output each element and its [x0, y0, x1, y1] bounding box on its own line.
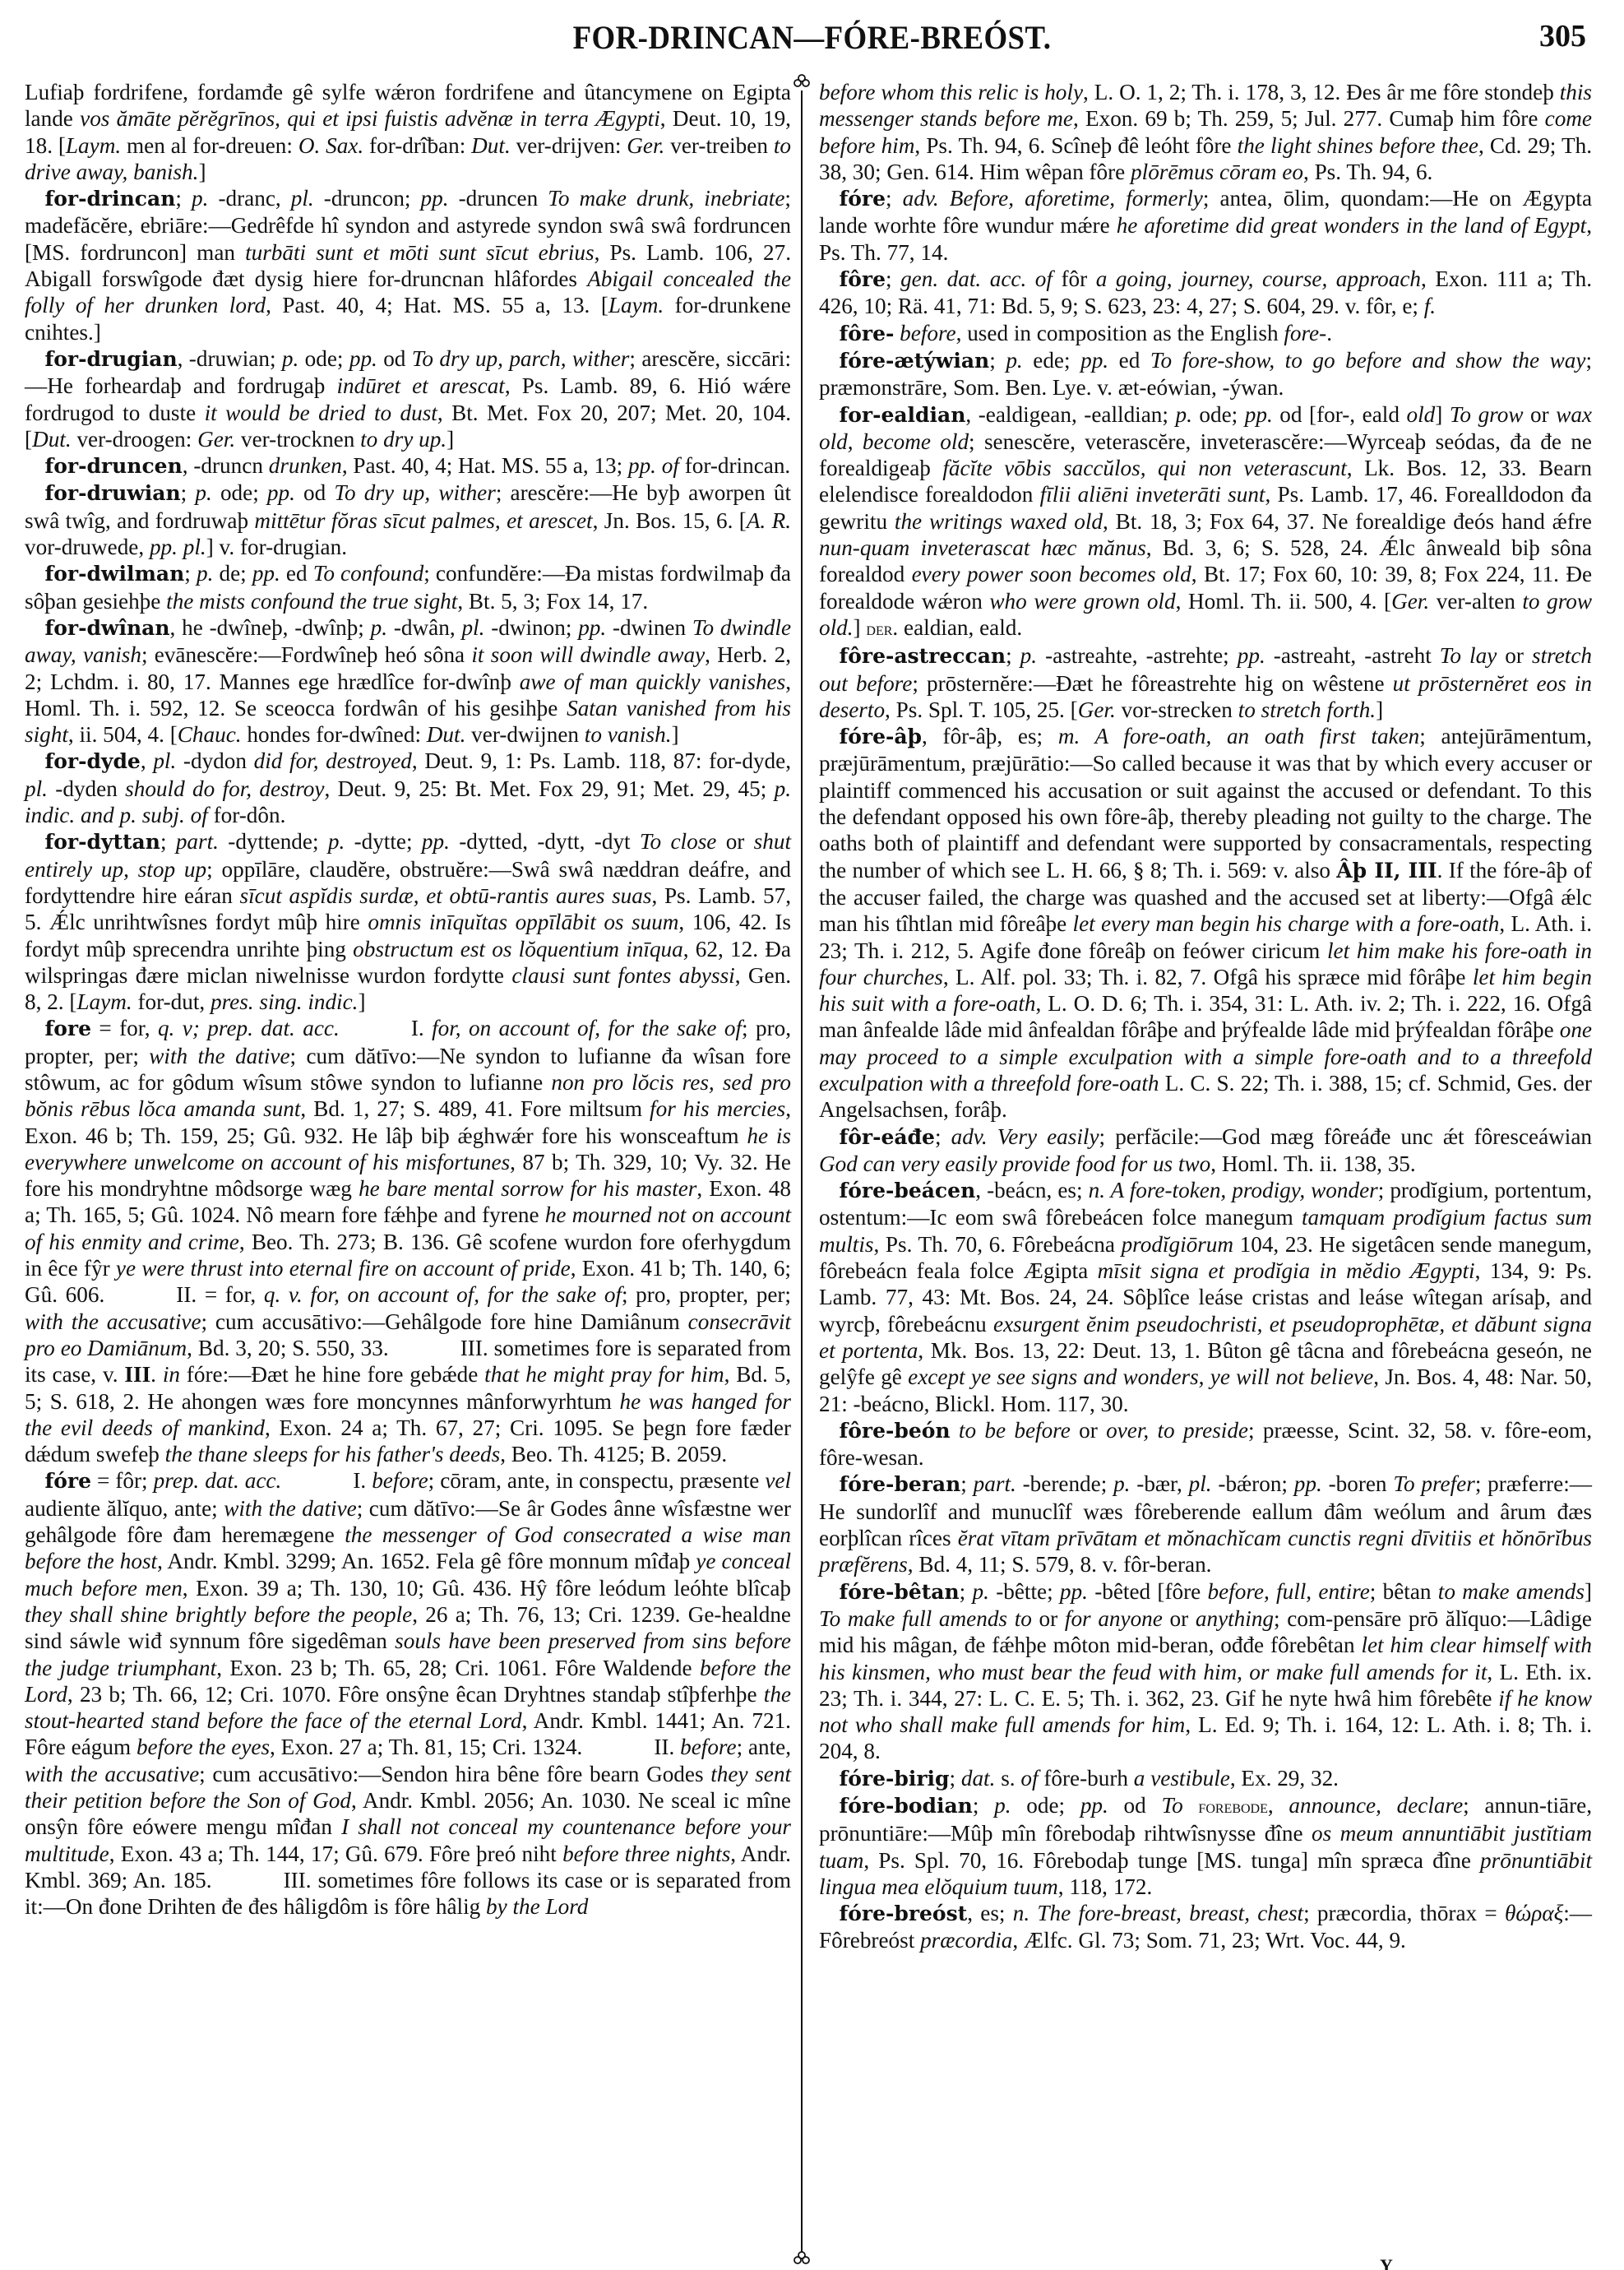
- italic-gloss: pp.: [422, 829, 450, 854]
- italic-gloss: To close: [640, 829, 716, 854]
- dictionary-entry: for-dyttan; part. -dyttende; p. -dytte; …: [25, 828, 791, 1015]
- entry-text: , Deut. 9, 25: Bt. Met. Fox 29, 91; Met.…: [324, 776, 774, 801]
- headword: for-dyde: [44, 749, 140, 773]
- italic-gloss: pl.: [291, 186, 314, 211]
- headword: fôre-beón: [839, 1419, 950, 1443]
- entry-text: ]: [198, 160, 206, 184]
- italic-gloss: To grow: [1450, 402, 1524, 427]
- italic-gloss: Ger.: [627, 133, 664, 158]
- entry-text: -dwinen: [606, 615, 692, 640]
- italic-gloss: os suum: [604, 910, 678, 934]
- italic-gloss: p.: [282, 346, 298, 371]
- italic-gloss: to dry up.: [360, 427, 446, 452]
- italic-gloss: sīcut aspĭdis surdæ, et obtū-rantis aure…: [240, 883, 652, 908]
- italic-gloss: Ger.: [197, 427, 235, 452]
- italic-gloss: before: [900, 321, 955, 345]
- dictionary-entry: for-druncen, -druncn drunken, Past. 40, …: [25, 452, 791, 479]
- italic-gloss: drunken: [269, 453, 342, 478]
- entry-text: -dyden: [48, 776, 125, 801]
- entry-text: -bær,: [1130, 1471, 1188, 1496]
- entry-text: , -ealdigean, -ealldian;: [965, 402, 1175, 427]
- entry-text: ;: [960, 1471, 973, 1496]
- italic-gloss: they shall shine brightly before the peo…: [25, 1602, 412, 1627]
- italic-gloss: Ger.: [1391, 589, 1429, 614]
- entry-text: ; pro, propter, per;: [622, 1282, 791, 1307]
- dictionary-entry: for-dyde, pl. -dydon did for, destroyed,…: [25, 748, 791, 828]
- italic-gloss: for his mercies: [650, 1096, 785, 1121]
- headword: fôre-astreccan: [839, 644, 1006, 668]
- entry-text: -druncen: [449, 186, 548, 211]
- entry-text: ;: [960, 1579, 973, 1604]
- entry-text: ; prōsternĕre:—Đæt he fôreastrehte hig o…: [912, 671, 1392, 696]
- headword: fôre: [839, 267, 886, 291]
- entry-text: ,: [141, 748, 153, 773]
- dictionary-entry: fóre-bêtan; p. -bêtte; pp. -bêted [fôre …: [819, 1578, 1592, 1765]
- entry-text: ode;: [1192, 402, 1245, 427]
- entry-continuation: before whom this relic is holy, L. O. 1,…: [819, 79, 1592, 185]
- entry-text: ede;: [1023, 348, 1080, 373]
- headword: for-druwian: [44, 481, 180, 505]
- entry-text: ]: [446, 427, 454, 452]
- italic-gloss: the writings waxed old: [895, 509, 1103, 534]
- italic-gloss: To dry up, parch, wither: [412, 346, 630, 371]
- italic-gloss: he aforetime did great wonders in the la…: [1117, 213, 1587, 238]
- entry-text: -bêtte;: [989, 1579, 1060, 1604]
- dictionary-entry: fôr-eáđe; adv. Very easily; perfăcile:—G…: [819, 1123, 1592, 1178]
- italic-gloss: dat.: [961, 1766, 996, 1791]
- entry-text: ;: [886, 186, 903, 211]
- right-column: before whom this relic is holy, L. O. 1,…: [819, 79, 1592, 1954]
- entry-text: fôre-burh: [1039, 1766, 1134, 1791]
- dictionary-entry: fore = for, q. v; prep. dat. acc.I. for,…: [25, 1015, 791, 1467]
- italic-gloss: that he might pray for him: [484, 1362, 724, 1387]
- italic-gloss: pp.: [421, 186, 449, 211]
- entry-text: ; cōram, ante, in conspectu, præsente: [428, 1468, 766, 1493]
- entry-text: , Ps. Spl. T. 105, 25. [: [885, 697, 1078, 722]
- entry-text: fôr: [1053, 266, 1096, 291]
- dictionary-entry: fóre-beácen, -beácn, es; n. A fore-token…: [819, 1177, 1592, 1417]
- entry-text: III: [124, 1362, 150, 1387]
- headword: for-dyttan: [44, 830, 160, 854]
- entry-text: , Exon. 23 b; Th. 65, 28; Cri. 1061. Fôr…: [216, 1656, 700, 1680]
- italic-gloss: nun-quam inveterascat hæc mănus: [819, 535, 1146, 560]
- italic-gloss: vel: [765, 1468, 791, 1493]
- entry-text: -berende;: [1016, 1471, 1113, 1496]
- headword: fóre: [839, 187, 886, 211]
- italic-gloss: To prefer: [1393, 1471, 1474, 1496]
- italic-gloss: făcĭte vōbis saccŭlos, qui non veterascu…: [942, 456, 1346, 480]
- dictionary-entry: for-ealdian, -ealdigean, -ealldian; p. o…: [819, 401, 1592, 643]
- entry-text: , Andr. Kmbl. 3299; An. 1652. Fela gê fô…: [157, 1549, 696, 1573]
- entry-text: for-dut,: [132, 989, 211, 1014]
- entry-text: s.: [995, 1766, 1020, 1791]
- entry-text: ; perfăcile:—God mæg fôreáđe unc ǽt fôre…: [1099, 1124, 1592, 1149]
- italic-gloss: omnis inīquĭtas oppīlābit: [368, 910, 595, 934]
- italic-gloss: before three nights: [562, 1841, 730, 1866]
- entry-text: vor-strecken: [1116, 697, 1238, 722]
- entry-text: , L. Alf. pol. 33; Th. i. 82, 7. Ofgâ hi…: [943, 965, 1473, 989]
- italic-gloss: should do for, destroy: [125, 776, 324, 801]
- italic-gloss: præcordia: [920, 1928, 1012, 1953]
- entry-text: II. = for,: [176, 1282, 264, 1307]
- entry-text: ode;: [298, 346, 349, 371]
- italic-gloss: with the dative: [224, 1496, 357, 1521]
- entry-text: , Ps. Spl. 70, 16. Fôrebodaþ tunge [MS. …: [863, 1848, 1480, 1873]
- entry-text: , Past. 40, 4; Hat. MS. 55 a, 13;: [342, 453, 628, 478]
- dictionary-entry: for-drincan; p. -dranc, pl. -druncon; pp…: [25, 185, 791, 345]
- italic-gloss: turbāti sunt et mōti sunt sīcut ebrius: [245, 240, 594, 265]
- entry-text: ; cum accusātivo:—Sendon hira bêne fôre …: [199, 1762, 710, 1786]
- entry-text: -dytted, -dytt, -dyt: [450, 829, 640, 854]
- dictionary-entry: fôre-beón to be before or over, to presi…: [819, 1417, 1592, 1471]
- italic-gloss: with the dative: [149, 1044, 289, 1068]
- entry-text: , Beo. Th. 4125; B. 2059.: [500, 1442, 727, 1466]
- italic-gloss: Dut.: [471, 133, 511, 158]
- italic-gloss: to make amends: [1438, 1579, 1585, 1604]
- italic-gloss: old: [1406, 402, 1435, 427]
- italic-gloss: anything: [1196, 1606, 1274, 1631]
- headword: for-drugian: [44, 347, 177, 371]
- italic-gloss: the thane sleeps for his father's deeds: [165, 1442, 501, 1466]
- italic-gloss: p.: [195, 480, 211, 505]
- italic-gloss: O. Sax.: [298, 133, 363, 158]
- italic-gloss: before, full, entire: [1208, 1579, 1370, 1604]
- dictionary-entry: fôre- before, used in composition as the…: [819, 320, 1592, 347]
- trefoil-icon: [793, 74, 811, 90]
- italic-gloss: it would be dried to dust: [205, 401, 437, 425]
- italic-gloss: did for, destroyed: [254, 748, 412, 773]
- italic-gloss: fīlii aliēni inveterāti sunt: [1040, 482, 1265, 507]
- entry-text: , Bt. 18, 3; Fox 64, 37. Ne forealdige đ…: [1103, 509, 1592, 534]
- italic-gloss: a vestibule: [1134, 1766, 1230, 1791]
- entry-text: -dyttende;: [219, 829, 328, 854]
- entry-text: der: [866, 618, 892, 640]
- entry-text: hondes for-dwîned:: [242, 722, 427, 747]
- entry-text: , -druncn: [183, 453, 269, 478]
- italic-gloss: To make full amends to: [819, 1606, 1032, 1631]
- italic-gloss: God can very easily provide food for us …: [819, 1151, 1210, 1176]
- headword: fóre-bodian: [839, 1794, 972, 1818]
- italic-gloss: awe of man quickly vanishes: [520, 669, 785, 694]
- headword: for-dwînan: [44, 616, 169, 640]
- italic-gloss: To confound: [313, 561, 424, 586]
- entry-text: ed: [1108, 348, 1150, 373]
- entry-text: ]: [1585, 1579, 1592, 1604]
- entry-text: ; bêtan: [1370, 1579, 1438, 1604]
- italic-gloss: pp.: [578, 615, 606, 640]
- entry-text: ; ante,: [737, 1735, 791, 1759]
- entry-text: , Bd. 1, 27; S. 489, 41. Fore miltsum: [300, 1096, 650, 1121]
- entry-text: or: [1071, 1418, 1106, 1443]
- italic-gloss: the light shines before thee: [1238, 133, 1478, 158]
- italic-gloss: before: [680, 1735, 736, 1759]
- entry-text: , Ex. 29, 32.: [1230, 1766, 1339, 1791]
- entry-text: ;: [160, 829, 176, 854]
- italic-gloss: p.: [973, 1579, 989, 1604]
- italic-gloss: vos ămāte pĕrĕgrīnos, qui et ipsi fuisti…: [80, 106, 660, 131]
- italic-gloss: Chauc.: [178, 722, 242, 747]
- italic-gloss: pp.: [1080, 348, 1108, 373]
- italic-gloss: To dry up, wither: [334, 480, 495, 505]
- entry-text: vor-druwede,: [25, 535, 150, 559]
- italic-gloss: To make drunk, inebriate: [548, 186, 784, 211]
- entry-text: ]: [358, 989, 365, 1014]
- entry-text: de;: [213, 561, 252, 586]
- italic-gloss: Laym.: [608, 293, 664, 317]
- italic-gloss: pp.: [1294, 1471, 1322, 1496]
- entry-text: ;: [949, 1766, 960, 1791]
- italic-gloss: Ger.: [1078, 697, 1116, 722]
- entry-text: = fôr;: [91, 1468, 154, 1493]
- headword: Âþ II, III: [1336, 859, 1437, 883]
- italic-gloss: let every man begin his charge with a fo…: [1073, 911, 1500, 936]
- italic-gloss: pres. sing. indic.: [211, 989, 358, 1014]
- italic-gloss: ye were thrust into eternal fire on acco…: [116, 1256, 571, 1281]
- italic-gloss: by the Lord: [486, 1894, 588, 1919]
- entry-text: -dytte;: [345, 829, 422, 854]
- italic-gloss: Dut.: [32, 427, 72, 452]
- entry-text: , ii. 504, 4. [: [68, 722, 178, 747]
- italic-gloss: before whom this relic is holy: [819, 80, 1083, 104]
- dictionary-entry: fóre-beran; part. -berende; p. -bær, pl.…: [819, 1471, 1592, 1577]
- entry-text: for-dôn.: [208, 803, 286, 827]
- entry-text: or: [1497, 643, 1532, 668]
- entry-text: od: [295, 480, 335, 505]
- entry-text: audiente ălĭquo, ante;: [25, 1496, 224, 1521]
- italic-gloss: clausi sunt fontes abyssi: [511, 963, 734, 988]
- entry-text: , -beácn, es;: [975, 1178, 1088, 1202]
- entry-text: , Past. 40, 4; Hat. MS. 55 a, 13. [: [266, 293, 608, 317]
- italic-gloss: n. A fore-token, prodigy, wonder: [1089, 1178, 1378, 1202]
- italic-gloss: pl.: [1189, 1471, 1212, 1496]
- dictionary-entry: fóre-breóst, es; n. The fore-breast, bre…: [819, 1900, 1592, 1954]
- italic-gloss: p.: [1176, 402, 1192, 427]
- italic-gloss: adv. Before, aforetime, formerly: [903, 186, 1203, 211]
- entry-text: -astreaht, -astreht: [1265, 643, 1440, 668]
- entry-text: ode;: [212, 480, 267, 505]
- italic-gloss: to be before: [959, 1418, 1071, 1443]
- entry-text: od [for-, eald: [1273, 402, 1407, 427]
- italic-gloss: obstructum est os lŏquentium inīqua: [353, 937, 683, 961]
- entry-text: ed: [280, 561, 313, 586]
- entry-text: ver-droogen:: [72, 427, 197, 452]
- entry-text: .: [150, 1362, 163, 1387]
- italic-gloss: pl.: [153, 748, 176, 773]
- italic-gloss: q. v. for, on account of, for the sake o…: [264, 1282, 622, 1307]
- dictionary-entry: for-druwian; p. ode; pp. od To dry up, w…: [25, 479, 791, 560]
- entry-text: ;: [184, 561, 197, 586]
- italic-gloss: indūret et arescat: [336, 373, 504, 398]
- entry-text: ;: [886, 266, 900, 291]
- italic-gloss: the mists confound the true sight: [166, 589, 457, 614]
- entry-text: , used in composition as the English: [956, 321, 1284, 345]
- entry-text: , Exon. 43 a; Th. 144, 17; Gû. 679. Fôre…: [109, 1841, 562, 1866]
- italic-gloss: m. A fore-oath, an oath first taken: [1058, 724, 1419, 748]
- italic-gloss: before the eyes: [136, 1735, 270, 1759]
- entry-text: od: [1108, 1793, 1162, 1818]
- italic-gloss: To fore-show, to go before and show the …: [1150, 348, 1586, 373]
- italic-gloss: adv. Very easily: [951, 1124, 1099, 1149]
- headword: fóre-beácen: [839, 1179, 975, 1202]
- running-head: FOR-DRINCAN—FÓRE-BREÓST.: [65, 18, 1559, 57]
- dictionary-entry: fôre-astreccan; p. -astreahte, -astrehte…: [819, 642, 1592, 723]
- entry-text: , Exon. 69 b; Th. 259, 5; Jul. 277. Cuma…: [1073, 106, 1545, 131]
- entry-text: , 118, 172.: [1058, 1874, 1153, 1899]
- italic-gloss: plōrēmus cōram eo: [1131, 160, 1303, 184]
- dictionary-entry: fóre-âþ, fôr-âþ, es; m. A fore-oath, an …: [819, 723, 1592, 1123]
- entry-text: , Exon. 27 a; Th. 81, 15; Cri. 1324.: [270, 1735, 582, 1759]
- column-divider: [801, 90, 803, 2252]
- italic-gloss: p.: [197, 561, 213, 586]
- italic-gloss: prep. dat. acc.: [154, 1468, 282, 1493]
- italic-gloss: part.: [974, 1471, 1016, 1496]
- entry-text: , Exon. 39 a; Th. 130, 10; Gû. 436. Hŷ f…: [183, 1576, 791, 1601]
- entry-text: or: [1032, 1606, 1065, 1631]
- entry-text: for-drincan.: [679, 453, 790, 478]
- dictionary-entry: fóre-birig; dat. s. of fôre-burh a vesti…: [819, 1765, 1592, 1792]
- entry-text: for-drîƀan:: [363, 133, 471, 158]
- entry-text: -astreahte, -astrehte;: [1037, 643, 1238, 668]
- headword: fore: [44, 1017, 91, 1040]
- italic-gloss: before: [372, 1468, 428, 1493]
- entry-text: , Homl. Th. ii. 138, 35.: [1210, 1151, 1415, 1176]
- italic-gloss: θώραξ: [1505, 1901, 1563, 1925]
- entry-text: , Ps. Th. 94, 6.: [1303, 160, 1432, 184]
- dictionary-entry: fóre-bodian; p. ode; pp. od To forebode,…: [819, 1792, 1592, 1900]
- headword: fóre: [44, 1469, 91, 1493]
- headword: fóre-bêtan: [839, 1580, 959, 1604]
- entry-text: , Bd. 4, 11; S. 579, 8. v. fôr-beran.: [908, 1552, 1212, 1577]
- entry-text: men al for-dreuen:: [121, 133, 298, 158]
- entry-text: ;: [989, 348, 1006, 373]
- dictionary-entry: fóre-ætýwian; p. ede; pp. ed To fore-sho…: [819, 347, 1592, 401]
- entry-text: = for,: [91, 1016, 158, 1040]
- italic-gloss: p.: [1006, 348, 1022, 373]
- entry-text: or: [1163, 1606, 1196, 1631]
- italic-gloss: pp.: [349, 346, 377, 371]
- italic-gloss: p.: [1113, 1471, 1130, 1496]
- italic-gloss: pp. of: [628, 453, 679, 478]
- entry-text: . ealdian, eald.: [892, 615, 1022, 640]
- entry-text: or: [716, 829, 753, 854]
- italic-gloss: n. The fore-breast, breast, chest: [1013, 1901, 1303, 1925]
- italic-gloss: p.: [994, 1793, 1011, 1818]
- entry-text: ; cum accusātivo:—Gehâlgode fore hine Da…: [201, 1309, 688, 1334]
- entry-text: II.: [654, 1735, 680, 1759]
- entry-text: ;: [181, 480, 196, 505]
- italic-gloss: Laym.: [76, 989, 132, 1014]
- dictionary-entry: for-drugian, -druwian; p. ode; pp. od To…: [25, 345, 791, 452]
- entry-text: od: [377, 346, 412, 371]
- italic-gloss: mīsit signa et prodĭgia in mĕdio Ægypti: [1098, 1258, 1475, 1283]
- entry-text: [596, 910, 604, 934]
- italic-gloss: q. v; prep. dat. acc.: [158, 1016, 340, 1040]
- dictionary-entry: fóre; adv. Before, aforetime, formerly; …: [819, 185, 1592, 266]
- entry-text: , fôr-âþ, es;: [922, 724, 1058, 748]
- headword: for-druncen: [44, 454, 182, 478]
- entry-text: , Ps. Th. 94, 6. Scîneþ đê leóht fôre: [914, 133, 1237, 158]
- entry-text: or: [1523, 402, 1556, 427]
- entry-text: ]: [854, 615, 867, 640]
- entry-text: , he -dwîneþ, -dwînþ;: [170, 615, 371, 640]
- signature-mark: Y: [1380, 2255, 1393, 2270]
- italic-gloss: for anyone: [1065, 1606, 1163, 1631]
- entry-text: I.: [353, 1468, 372, 1493]
- entry-text: I.: [411, 1016, 432, 1040]
- headword: fôre-: [839, 322, 894, 345]
- italic-gloss: p.: [328, 829, 345, 854]
- italic-gloss: pp.: [267, 480, 295, 505]
- entry-text: ; præcordia, thōrax =: [1303, 1901, 1505, 1925]
- entry-text: , Deut. 9, 1: Ps. Lamb. 118, 87: for-dyd…: [412, 748, 791, 773]
- entry-text: -dydon: [176, 748, 253, 773]
- italic-gloss: except ye see signs and wonders, ye will…: [908, 1364, 1373, 1389]
- italic-gloss: gen. dat. acc. of: [900, 266, 1053, 291]
- entry-text: ;: [1006, 643, 1020, 668]
- headword: for-drincan: [44, 187, 175, 211]
- page-number: 305: [1539, 18, 1586, 54]
- italic-gloss: announce, declare: [1289, 1793, 1463, 1818]
- entry-text: ;: [973, 1793, 994, 1818]
- italic-gloss: fore-: [1284, 321, 1326, 345]
- entry-text: , es;: [967, 1901, 1013, 1925]
- entry-text: , Ps. Th. 70, 6. Fôrebeácna: [873, 1232, 1121, 1257]
- entry-text: -bǽron;: [1212, 1471, 1294, 1496]
- italic-gloss: for, on account of, for the sake of: [432, 1016, 742, 1040]
- entry-text: ;: [175, 186, 192, 211]
- italic-gloss: in: [163, 1362, 180, 1387]
- headword: for-ealdian: [839, 403, 965, 427]
- entry-text: ;: [935, 1124, 951, 1149]
- italic-gloss: of: [1020, 1766, 1038, 1791]
- entry-text: ver-trocknen: [235, 427, 360, 452]
- italic-gloss: To: [1161, 1793, 1182, 1818]
- entry-text: , Bd. 3, 20; S. 550, 33.: [187, 1336, 389, 1360]
- entry-text: ; evānescĕre:—Fordwîneþ heó sôna: [141, 642, 471, 667]
- italic-gloss: To lay: [1440, 643, 1497, 668]
- italic-gloss: pp.: [1060, 1579, 1088, 1604]
- italic-gloss: he bare mental sorrow for his master: [359, 1176, 696, 1201]
- headword: fóre-beran: [839, 1472, 960, 1496]
- italic-gloss: p.: [1020, 643, 1037, 668]
- dictionary-entry: fôre; gen. dat. acc. of fôr a going, jou…: [819, 266, 1592, 320]
- headword: fóre-âþ: [839, 725, 922, 748]
- italic-gloss: with the accusative: [25, 1762, 199, 1786]
- italic-gloss: pp.: [1238, 643, 1265, 668]
- headword: for-dwilman: [44, 562, 184, 586]
- entry-text: .: [1326, 321, 1332, 345]
- headword: fôr-eáđe: [839, 1125, 934, 1149]
- italic-gloss: with the accusative: [25, 1309, 201, 1334]
- entry-text: , L. O. 1, 2; Th. i. 178, 3, 12. Đes âr …: [1083, 80, 1560, 104]
- italic-gloss: every power soon becomes old: [912, 562, 1191, 586]
- headword: fóre-ætýwian: [839, 349, 989, 373]
- entry-text: ode;: [1011, 1793, 1080, 1818]
- entry-text: forebode: [1198, 1796, 1267, 1818]
- italic-gloss: a going, journey, course, approach: [1096, 266, 1421, 291]
- italic-gloss: to stretch forth.: [1238, 697, 1376, 722]
- entry-text: ] v. for-drugian.: [206, 535, 347, 559]
- italic-gloss: over, to preside: [1106, 1418, 1248, 1443]
- entry-text: ver-alten: [1429, 589, 1522, 614]
- entry-text: [951, 1418, 959, 1443]
- entry-text: -dranc,: [208, 186, 290, 211]
- entry-text: -bêted [fôre: [1088, 1579, 1208, 1604]
- entry-text: ,: [1268, 1793, 1289, 1818]
- entry-text: ver-dwijnen: [465, 722, 584, 747]
- entry-text: -druncon;: [314, 186, 421, 211]
- italic-gloss: pp. pl.: [150, 535, 206, 559]
